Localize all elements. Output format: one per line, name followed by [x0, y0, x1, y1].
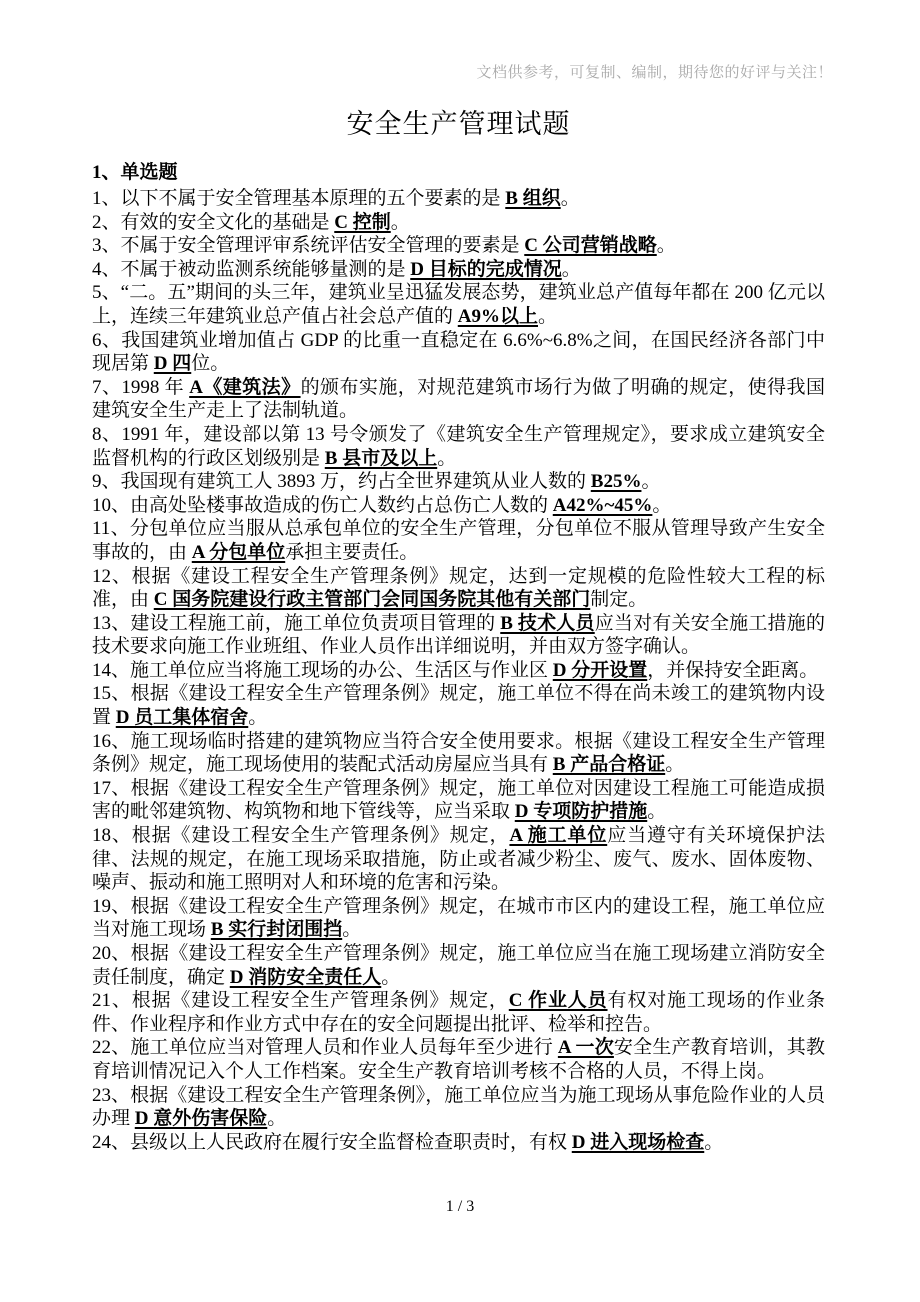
answer-text: A《建筑法》 [189, 377, 300, 398]
question-item: 12、根据《建设工程安全生产管理条例》规定，达到一定规模的危险性较大工程的标准，… [92, 565, 825, 612]
question-text: 9、我国现有建筑工人 3893 万，约占全世界建筑从业人数的 [92, 471, 591, 492]
question-text: 19、根据《建设工程安全生产管理条例》规定，在城市市区内的建设工程，施工单位应当… [92, 896, 825, 941]
question-text: 。 [342, 919, 361, 940]
question-text: 2、有效的安全文化的基础是 [92, 212, 334, 233]
answer-text: D 进入现场检查 [572, 1132, 704, 1153]
question-text: 7、1998 年 [92, 377, 189, 398]
question-item: 23、根据《建设工程安全生产管理条例》，施工单位应当为施工现场从事危险作业的人员… [92, 1084, 825, 1131]
page-title: 安全生产管理试题 [92, 104, 825, 144]
question-item: 16、施工现场临时搭建的建筑物应当符合安全使用要求。根据《建设工程安全生产管理条… [92, 730, 825, 777]
question-item: 14、施工单位应当将施工现场的办公、生活区与作业区 D 分开设置，并保持安全距离… [92, 659, 825, 683]
answer-text: D 员工集体宿舍 [116, 707, 248, 728]
question-text: 。 [652, 495, 671, 516]
question-item: 3、不属于安全管理评审系统评估安全管理的要素是 C 公司营销战略。 [92, 234, 825, 258]
question-text: 。 [561, 188, 580, 209]
header-note: 文档供参考，可复制、编制，期待您的好评与关注！ [476, 61, 833, 82]
question-text: 13、建设工程施工前，施工单位负责项目管理的 [92, 613, 500, 634]
question-text: 20、根据《建设工程安全生产管理条例》规定，施工单位应当在施工现场建立消防安全责… [92, 943, 825, 988]
answer-text: D 消防安全责任人 [230, 967, 381, 988]
question-text: 24、县级以上人民政府在履行安全监督检查职责时，有权 [92, 1132, 572, 1153]
question-item: 21、根据《建设工程安全生产管理条例》规定，C 作业人员有权对施工现场的作业条件… [92, 989, 825, 1036]
question-text: 。 [267, 1108, 286, 1129]
question-text: 3、不属于安全管理评审系统评估安全管理的要素是 [92, 235, 524, 256]
answer-text: A42%~45% [553, 495, 653, 516]
question-item: 8、1991 年，建设部以第 13 号令颁发了《建筑安全生产管理规定》，要求成立… [92, 423, 825, 470]
question-text: 14、施工单位应当将施工现场的办公、生活区与作业区 [92, 660, 553, 681]
answer-text: C 作业人员 [509, 990, 608, 1011]
section-heading: 1、单选题 [92, 160, 825, 186]
question-item: 9、我国现有建筑工人 3893 万，约占全世界建筑从业人数的 B25%。 [92, 470, 825, 494]
answer-text: A 分包单位 [192, 542, 285, 563]
question-text: 。 [657, 235, 676, 256]
answer-text: B 组织 [505, 188, 560, 209]
question-text: 。 [665, 754, 684, 775]
question-item: 2、有效的安全文化的基础是 C 控制。 [92, 211, 825, 235]
answer-text: B 技术人员 [500, 613, 594, 634]
answer-text: D 意外伤害保险 [135, 1108, 267, 1129]
answer-text: A9%以上 [458, 306, 538, 327]
answer-text: C 控制 [334, 212, 390, 233]
question-text: 22、施工单位应当对管理人员和作业人员每年至少进行 [92, 1037, 558, 1058]
question-item: 1、以下不属于安全管理基本原理的五个要素的是 B 组织。 [92, 187, 825, 211]
answer-text: D 专项防护措施 [515, 801, 647, 822]
question-item: 13、建设工程施工前，施工单位负责项目管理的 B 技术人员应当对有关安全施工措施… [92, 612, 825, 659]
question-item: 20、根据《建设工程安全生产管理条例》规定，施工单位应当在施工现场建立消防安全责… [92, 942, 825, 989]
answer-text: B25% [591, 471, 642, 492]
page-number: 1 / 3 [0, 1198, 920, 1216]
question-text: 制定。 [590, 589, 647, 610]
question-item: 6、我国建筑业增加值占 GDP 的比重一直稳定在 6.6%~6.8%之间，在国民… [92, 329, 825, 376]
answer-text: B 实行封闭围挡 [211, 919, 342, 940]
question-text: 承担主要责任。 [285, 542, 418, 563]
document-page: 文档供参考，可复制、编制，期待您的好评与关注！ 安全生产管理试题 1、单选题 1… [0, 0, 920, 1302]
document-content: 安全生产管理试题 1、单选题 1、以下不属于安全管理基本原理的五个要素的是 B … [0, 104, 920, 1154]
question-item: 11、分包单位应当服从总承包单位的安全生产管理，分包单位不服从管理导致产生安全事… [92, 517, 825, 564]
question-item: 10、由高处坠楼事故造成的伤亡人数约占总伤亡人数的 A42%~45%。 [92, 494, 825, 518]
answer-text: D 四 [154, 353, 191, 374]
question-text: 17、根据《建设工程安全生产管理条例》规定，施工单位对因建设工程施工可能造成损害… [92, 778, 825, 823]
question-text: 8、1991 年，建设部以第 13 号令颁发了《建筑安全生产管理规定》，要求成立… [92, 424, 825, 469]
question-item: 4、不属于被动监测系统能够量测的是 D 目标的完成情况。 [92, 258, 825, 282]
answer-text: C 国务院建设行政主管部门会同国务院其他有关部门 [154, 589, 590, 610]
question-item: 22、施工单位应当对管理人员和作业人员每年至少进行 A 一次安全生产教育培训，其… [92, 1036, 825, 1083]
answer-text: A 一次 [558, 1037, 614, 1058]
question-item: 19、根据《建设工程安全生产管理条例》规定，在城市市区内的建设工程，施工单位应当… [92, 895, 825, 942]
answer-text: B 产品合格证 [553, 754, 665, 775]
question-text: ，并保持安全距离。 [647, 660, 818, 681]
answer-text: D 分开设置 [553, 660, 647, 681]
answer-text: A 施工单位 [509, 825, 607, 846]
question-item: 5、“二。五”期间的头三年，建筑业呈迅猛发展态势，建筑业总产值每年都在 200 … [92, 281, 825, 328]
question-item: 17、根据《建设工程安全生产管理条例》规定，施工单位对因建设工程施工可能造成损害… [92, 777, 825, 824]
question-text: 10、由高处坠楼事故造成的伤亡人数约占总伤亡人数的 [92, 495, 553, 516]
question-text: 位。 [191, 353, 229, 374]
question-item: 24、县级以上人民政府在履行安全监督检查职责时，有权 D 进入现场检查。 [92, 1131, 825, 1155]
question-text: 。 [641, 471, 660, 492]
question-text: 。 [538, 306, 557, 327]
question-item: 18、根据《建设工程安全生产管理条例》规定，A 施工单位应当遵守有关环境保护法律… [92, 824, 825, 895]
question-text: 。 [704, 1132, 723, 1153]
question-text: 。 [647, 801, 666, 822]
question-text: 4、不属于被动监测系统能够量测的是 [92, 259, 410, 280]
answer-text: C 公司营销战略 [524, 235, 656, 256]
question-item: 15、根据《建设工程安全生产管理条例》规定，施工单位不得在尚未竣工的建筑物内设置… [92, 682, 825, 729]
question-text: 。 [391, 212, 410, 233]
question-text: 。 [562, 259, 581, 280]
question-text: 18、根据《建设工程安全生产管理条例》规定， [92, 825, 509, 846]
question-text: 16、施工现场临时搭建的建筑物应当符合安全使用要求。根据《建设工程安全生产管理条… [92, 731, 825, 776]
answer-text: B 县市及以上 [325, 448, 437, 469]
answer-text: D 目标的完成情况 [410, 259, 561, 280]
question-text: 。 [248, 707, 267, 728]
question-text: 。 [381, 967, 400, 988]
question-list: 1、以下不属于安全管理基本原理的五个要素的是 B 组织。2、有效的安全文化的基础… [92, 187, 825, 1154]
question-text: 21、根据《建设工程安全生产管理条例》规定， [92, 990, 509, 1011]
question-text: 。 [437, 448, 456, 469]
question-item: 7、1998 年 A《建筑法》的颁布实施，对规范建筑市场行为做了明确的规定，使得… [92, 376, 825, 423]
question-text: 1、以下不属于安全管理基本原理的五个要素的是 [92, 188, 505, 209]
